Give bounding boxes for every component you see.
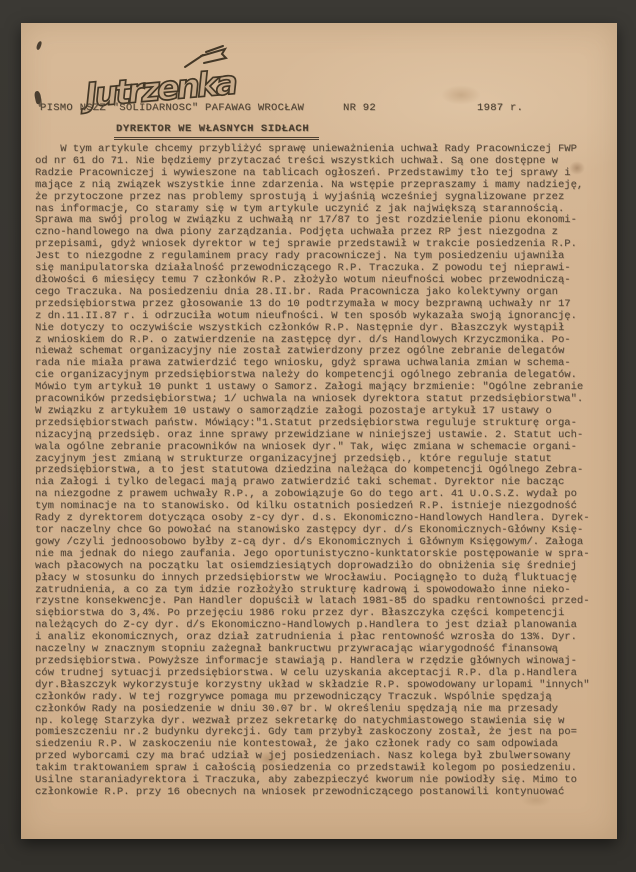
document-page: Jutrzenka PISMO NSZZ "SOLIDARNOSC" PAFAW…: [21, 23, 617, 839]
issue-number: NR 92: [343, 102, 376, 114]
issue-year: 1987 r.: [477, 102, 523, 114]
article-title: DYREKTOR WE WŁASNYCH SIDŁACH: [114, 123, 319, 140]
masthead-line: PISMO NSZZ "SOLIDARNOSC" PAFAWAG WROCŁAW…: [35, 102, 607, 116]
scanner-background: { "colors": { "background": "#39362f", "…: [0, 0, 636, 872]
publication-name: PISMO NSZZ "SOLIDARNOSC" PAFAWAG WROCŁAW: [40, 102, 304, 114]
ink-smudge: [36, 41, 43, 51]
article-body: W tym artykule chcemy przybliżyć sprawę …: [35, 144, 611, 799]
